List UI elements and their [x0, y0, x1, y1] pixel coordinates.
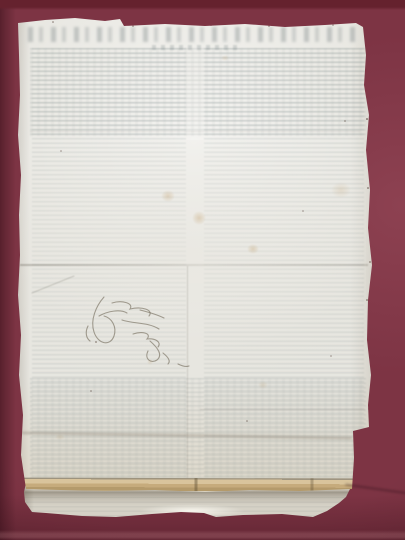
speckle — [368, 57, 370, 59]
handwriting-stroke — [112, 302, 150, 316]
paper-sheet — [0, 0, 405, 540]
handwriting-stroke — [99, 311, 127, 316]
speckle — [371, 373, 373, 375]
speckle — [369, 336, 371, 338]
handwriting-inscription — [0, 0, 405, 540]
speckle — [210, 24, 212, 26]
background-fabric-crease — [345, 484, 405, 495]
handwriting-stroke — [147, 341, 160, 361]
speckle — [370, 88, 372, 90]
handwriting-stroke — [178, 364, 189, 366]
speckle — [369, 152, 371, 154]
photo-background — [0, 0, 405, 540]
handwriting-svg — [0, 0, 405, 540]
handwriting-stroke — [93, 297, 115, 343]
handwriting-stroke — [163, 353, 169, 364]
speckle — [368, 408, 370, 410]
handwriting-stroke — [140, 310, 164, 318]
fold-band — [20, 478, 353, 492]
handwriting-stroke — [133, 333, 159, 347]
handwriting-stroke — [122, 320, 159, 329]
handwriting-stroke — [86, 326, 90, 341]
speckle — [375, 247, 378, 250]
speckle — [371, 224, 373, 226]
